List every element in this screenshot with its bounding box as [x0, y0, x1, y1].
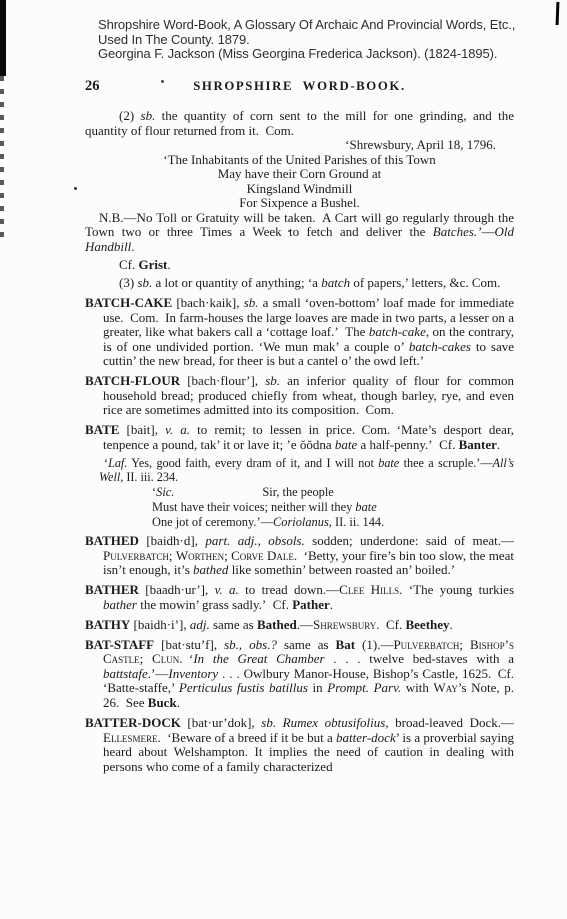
running-head: 26 SHROPSHIRE WORD-BOOK.	[85, 78, 514, 95]
handbill-line-1: ‘The Inhabitants of the United Parishes …	[85, 153, 514, 168]
scan-artifact-top-right-tick	[556, 2, 560, 25]
handbill-dateline: ‘Shrewsbury, April 18, 1796.	[85, 138, 514, 153]
entry-bate: BATE [bait], v. a. to remit; to lessen i…	[85, 423, 514, 452]
annotation-line-2: Used In The County. 1879.	[98, 33, 515, 48]
scan-artifact-left-bar	[0, 0, 6, 76]
entry-bathed: BATHED [baidh·d], part. adj., obsols. so…	[85, 534, 514, 578]
handbill-line-4: For Sixpence a Bushel.	[85, 196, 514, 211]
catalogue-annotation: Shropshire Word-Book, A Glossary Of Arch…	[98, 18, 515, 62]
bate-citation-alls-well: ‘Laf. Yes, good faith, every dram of it,…	[85, 456, 514, 484]
entry-batch-cake: BATCH-CAKE [bach·kaik], sb. a small ‘ove…	[85, 296, 514, 369]
bate-citation-coriolanus-3: One jot of ceremony.’—Coriolanus, II. ii…	[85, 515, 514, 529]
handbill-line-3: Kingsland Windmill	[85, 182, 514, 197]
scanned-book-page: Shropshire Word-Book, A Glossary Of Arch…	[0, 0, 567, 919]
entry-batch-flour: BATCH-FLOUR [bach·flour’], sb. an inferi…	[85, 374, 514, 418]
handbill-line-2: May have their Corn Ground at	[85, 167, 514, 182]
bate-citation-coriolanus-2: Must have their voices; neither will the…	[85, 500, 514, 514]
annotation-line-1: Shropshire Word-Book, A Glossary Of Arch…	[98, 18, 515, 33]
entry-batter-dock: BATTER-DOCK [bat·ur’dok], sb. Rumex obtu…	[85, 716, 514, 774]
page-body: (2) sb. the quantity of corn sent to the…	[85, 109, 514, 774]
annotation-line-3: Georgina F. Jackson (Miss Georgina Frede…	[98, 47, 515, 62]
scan-speck	[74, 187, 77, 190]
bate-citation-coriolanus-1: ‘Sic.Sir, the people	[85, 485, 514, 499]
running-head-title: SHROPSHIRE WORD-BOOK.	[85, 79, 514, 94]
entry-bat-staff: BAT-STAFF [bat·stu’f], sb., obs.? same a…	[85, 638, 514, 711]
batch-sense-2: (2) sb. the quantity of corn sent to the…	[85, 109, 514, 138]
handbill-nb: N.B.—No Toll or Gratuity will be taken. …	[85, 211, 514, 255]
entry-bathy: BATHY [baidh·i’], adj. same as Bathed.—S…	[85, 618, 514, 633]
scan-artifact-left-speckles	[0, 76, 4, 242]
cf-grist: Cf. Grist.	[85, 258, 514, 273]
batch-sense-3: (3) sb. a lot or quantity of anything; ‘…	[85, 276, 514, 291]
entry-bather: BATHER [baadh·ur’], v. a. to tread down.…	[85, 583, 514, 612]
